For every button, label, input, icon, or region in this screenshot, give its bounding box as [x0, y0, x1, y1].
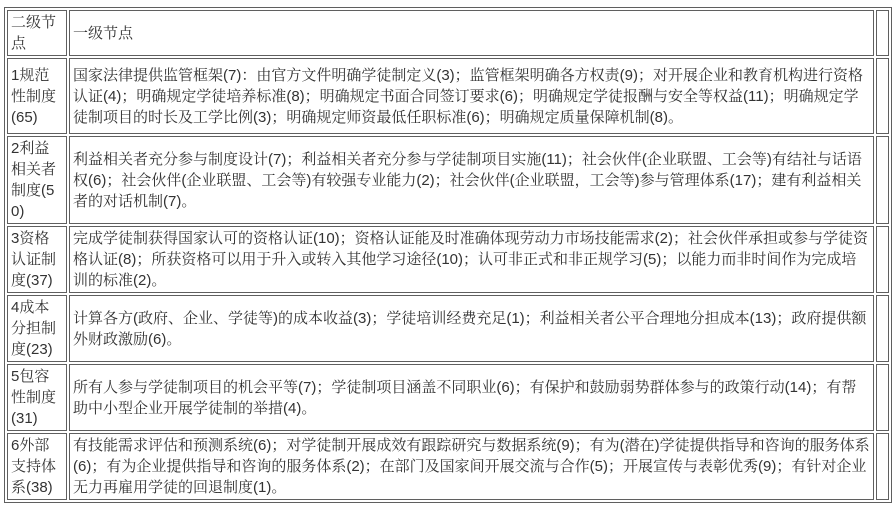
- header-cell-level1: 一级节点: [69, 10, 874, 56]
- items-cell: 所有人参与学徒制项目的机会平等(7)；学徒制项目涵盖不同职业(6)；有保护和鼓励…: [69, 364, 874, 431]
- items-cell: 有技能需求评估和预测系统(6)；对学徒制开展成效有跟踪研究与数据系统(9)；有为…: [69, 433, 874, 500]
- table-row: 5包容性制度(31) 所有人参与学徒制项目的机会平等(7)；学徒制项目涵盖不同职…: [7, 364, 889, 431]
- spacer-cell: [876, 10, 889, 56]
- items-cell: 完成学徒制获得国家认可的资格认证(10)；资格认证能及时准确体现劳动力市场技能需…: [69, 226, 874, 293]
- spacer-cell: [876, 295, 889, 362]
- node-cell: 6外部支持体系(38): [7, 433, 67, 500]
- node-cell: 3资格认证制度(37): [7, 226, 67, 293]
- table-row: 6外部支持体系(38) 有技能需求评估和预测系统(6)；对学徒制开展成效有跟踪研…: [7, 433, 889, 500]
- items-cell: 国家法律提供监管框架(7)：由官方文件明确学徒制定义(3)；监管框架明确各方权责…: [69, 58, 874, 134]
- table-row: 3资格认证制度(37) 完成学徒制获得国家认可的资格认证(10)；资格认证能及时…: [7, 226, 889, 293]
- table-row: 4成本分担制度(23) 计算各方(政府、企业、学徒等)的成本收益(3)；学徒培训…: [7, 295, 889, 362]
- spacer-cell: [876, 58, 889, 134]
- items-cell: 利益相关者充分参与制度设计(7)；利益相关者充分参与学徒制项目实施(11)；社会…: [69, 136, 874, 224]
- spacer-cell: [876, 364, 889, 431]
- node-cell: 4成本分担制度(23): [7, 295, 67, 362]
- spacer-cell: [876, 226, 889, 293]
- spacer-cell: [876, 433, 889, 500]
- node-cell: 2利益相关者制度(50): [7, 136, 67, 224]
- items-cell: 计算各方(政府、企业、学徒等)的成本收益(3)；学徒培训经费充足(1)；利益相关…: [69, 295, 874, 362]
- coding-nodes-table: 二级节点 一级节点 1规范性制度(65) 国家法律提供监管框架(7)：由官方文件…: [4, 7, 892, 503]
- table-row: 1规范性制度(65) 国家法律提供监管框架(7)：由官方文件明确学徒制定义(3)…: [7, 58, 889, 134]
- table-row: 2利益相关者制度(50) 利益相关者充分参与制度设计(7)；利益相关者充分参与学…: [7, 136, 889, 224]
- node-cell: 1规范性制度(65): [7, 58, 67, 134]
- node-cell: 5包容性制度(31): [7, 364, 67, 431]
- table-header-row: 二级节点 一级节点: [7, 10, 889, 56]
- spacer-cell: [876, 136, 889, 224]
- header-cell-level2: 二级节点: [7, 10, 67, 56]
